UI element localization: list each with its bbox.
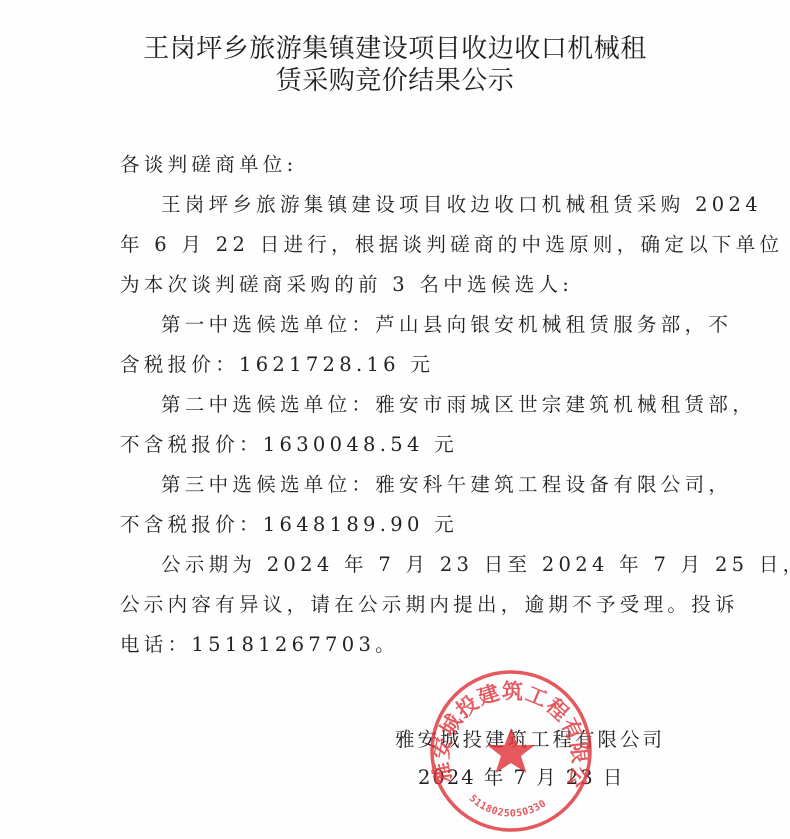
- stamp-code: 5118025050330: [467, 793, 549, 819]
- candidate-second: 第二中选候选单位：雅安市雨城区世宗建筑机械租赁部， 不含税报价：1630048.…: [120, 385, 686, 465]
- intro-line: 王岗坪乡旅游集镇建设项目收边收口机械租赁采购 2024: [120, 185, 686, 225]
- notice-line: 公示内容有异议，请在公示期内提出，逾期不予受理。投诉: [120, 585, 686, 625]
- candidate-first: 第一中选候选单位：芦山县向银安机械租赁服务部，不 含税报价：1621728.16…: [120, 305, 686, 385]
- document-title-line-2: 赁采购竞价结果公示: [0, 60, 790, 97]
- candidate-price-line: 不含税报价：1630048.54 元: [120, 425, 686, 465]
- signature-date: 2024 年 7 月 23 日: [418, 762, 624, 790]
- candidate-price-line: 含税报价：1621728.16 元: [120, 345, 686, 385]
- intro-paragraph: 王岗坪乡旅游集镇建设项目收边收口机械租赁采购 2024 年 6 月 22 日进行…: [120, 185, 686, 305]
- candidate-line: 第一中选候选单位：芦山县向银安机械租赁服务部，不: [120, 305, 686, 345]
- document-page: 王岗坪乡旅游集镇建设项目收边收口机械租 赁采购竞价结果公示 各谈判磋商单位: 王…: [0, 0, 790, 839]
- notice-line: 公示期为 2024 年 7 月 23 日至 2024 年 7 月 25 日，如对: [120, 545, 686, 585]
- intro-line: 年 6 月 22 日进行，根据谈判磋商的中选原则，确定以下单位: [120, 225, 686, 265]
- document-body: 各谈判磋商单位: 王岗坪乡旅游集镇建设项目收边收口机械租赁采购 2024 年 6…: [120, 145, 686, 665]
- notice-paragraph: 公示期为 2024 年 7 月 23 日至 2024 年 7 月 25 日，如对…: [120, 545, 686, 665]
- candidate-line: 第三中选候选单位：雅安科午建筑工程设备有限公司，: [120, 465, 686, 505]
- notice-line: 电话：15181267703。: [120, 625, 686, 665]
- intro-line: 为本次谈判磋商采购的前 3 名中选候选人:: [120, 265, 686, 305]
- candidate-price-line: 不含税报价：1648189.90 元: [120, 505, 686, 545]
- candidate-third: 第三中选候选单位：雅安科午建筑工程设备有限公司， 不含税报价：1648189.9…: [120, 465, 686, 545]
- salutation: 各谈判磋商单位:: [120, 145, 686, 185]
- signature-company: 雅安城投建筑工程有限公司: [395, 724, 665, 752]
- candidate-line: 第二中选候选单位：雅安市雨城区世宗建筑机械租赁部，: [120, 385, 686, 425]
